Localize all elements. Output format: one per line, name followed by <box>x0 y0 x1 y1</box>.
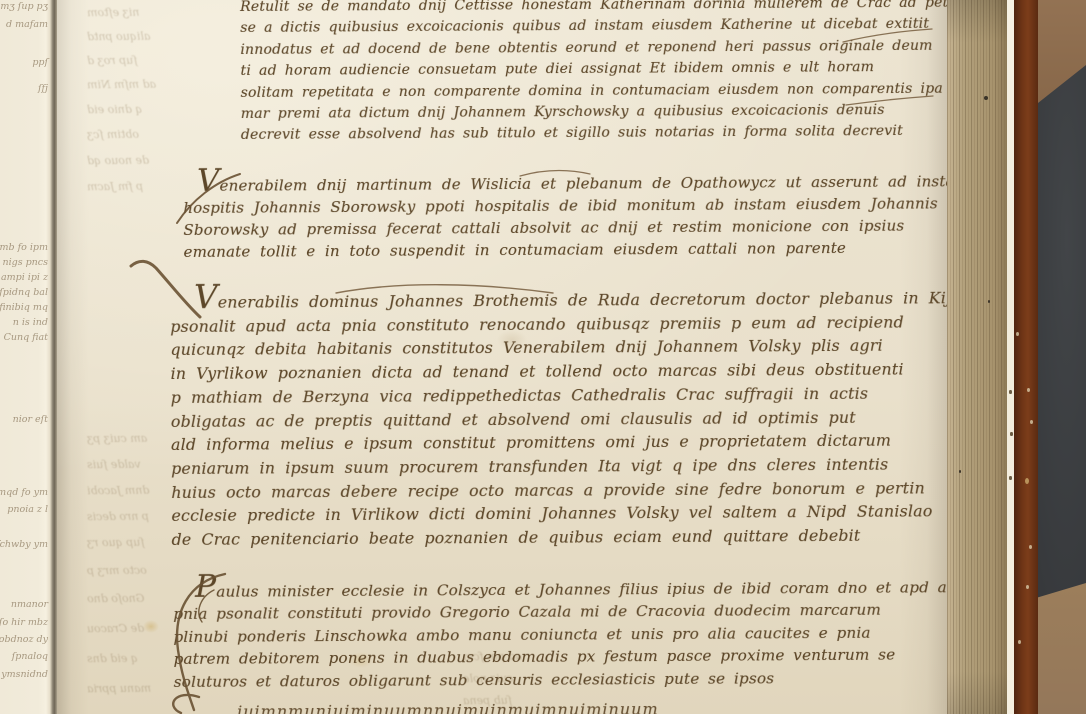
manuscript-line: Venerabilis dominus Johannes Brothemis d… <box>194 281 947 314</box>
previous-page-text-fragment: ſo hir mbz <box>0 618 48 628</box>
show-through-line: p nro decis <box>87 510 149 524</box>
previous-page-text-fragment: de nigs pncs <box>0 258 48 268</box>
edge-chip <box>1009 390 1012 394</box>
leather-chip <box>1025 478 1029 484</box>
cover-board-bottom-tan <box>1038 583 1086 714</box>
show-through-line: Gnoſo dno <box>87 592 145 606</box>
show-through-line: cuiʒ nole <box>463 672 513 685</box>
previous-page-text-fragment: ſfj <box>38 84 48 94</box>
leather-chip <box>1029 545 1032 549</box>
leather-chip <box>1030 420 1033 424</box>
book-fore-edge <box>947 0 1007 714</box>
entry-paragraph-4: Paulus minister ecclesie in Colszyca et … <box>173 571 947 693</box>
show-through-line: ſup roʒ d <box>87 54 137 67</box>
edge-chip <box>1010 432 1013 436</box>
show-through-line: q dnio eid <box>87 103 142 116</box>
show-through-line: ſup quo rʒ <box>87 536 145 550</box>
show-through-line: ad mſm Nim <box>87 78 156 92</box>
show-through-line: dnm Jacobi <box>87 484 149 498</box>
show-through-line: obtim ſcʒ <box>87 128 139 141</box>
manuscript-line: de Crac penitenciario beate poznanien de… <box>171 523 947 552</box>
manuscript-line: patrem debitorem ponens in duabus ebdoma… <box>173 643 947 670</box>
cover-leather-edge <box>1014 0 1038 714</box>
manuscript-line: decrevit esse absolvend has sub titulo e… <box>241 121 947 147</box>
entry-paragraph-3: Venerabilis dominus Johannes Brothemis d… <box>170 281 947 552</box>
show-through-line: p fm Jacm <box>87 180 143 193</box>
edge-chip <box>1009 476 1012 480</box>
previous-page-text-fragment: mʒ ſup pʒ <box>0 2 48 12</box>
show-through-line: ad pm fcm <box>463 650 522 664</box>
previous-page-text-fragment: Cunq fiat <box>4 333 48 343</box>
previous-page-text-fragment: ſpidnq bal <box>0 288 48 298</box>
show-through-line: de Cracou <box>87 622 144 635</box>
entry-paragraph-5-clipped: iuimnmuniuiminuumnnuimuinmuimnuiminuum <box>237 699 659 714</box>
previous-page-text-fragment: pnoia z l <box>7 505 48 515</box>
show-through-line: ſub pena <box>463 694 512 707</box>
fore-edge-speck <box>959 470 961 473</box>
manuscript-line: emanate tollit e in toto suspendit in co… <box>183 236 947 263</box>
fore-edge-speck <box>988 300 990 303</box>
show-through-line: de nouo qd <box>87 154 149 168</box>
show-through-line: am cuiʒ pʒ <box>87 432 147 446</box>
previous-page-text-fragment: ſpnaloq <box>12 652 48 662</box>
cover-background <box>1038 0 1086 714</box>
leather-chip <box>1018 640 1021 644</box>
manuscript-photo: mʒ ſup pʒd mafamppſſfjimb fo ipmde nigs … <box>0 0 1086 714</box>
manuscript-line: iuimnmuniuiminuumnnuimuinmuimnuiminuum <box>237 699 659 714</box>
previous-page-text-fragment: nior eſt <box>13 415 48 425</box>
show-through-line: aliquo pntd <box>87 30 151 44</box>
entry-paragraph-2: Venerabilem dnij martinum de Wislicia et… <box>183 165 947 263</box>
previous-page-text-fragment: mqd fo ym <box>0 488 48 498</box>
show-through-line: manu ppria <box>87 682 151 696</box>
show-through-line: valde ſuis <box>87 458 141 471</box>
previous-page-text-fragment: finibiq mq <box>0 303 48 313</box>
previous-page-text-fragment: n is ind <box>13 318 48 328</box>
previous-page-text-fragment: ſchwby ym <box>0 540 48 550</box>
leather-chip <box>1026 585 1029 589</box>
leather-chip <box>1016 332 1019 336</box>
previous-page-text-fragment: obdnoz dy <box>0 635 48 645</box>
previous-page-text-fragment: imb fo ipm <box>0 243 48 253</box>
previous-page-text-fragment: d mafam <box>6 20 48 30</box>
previous-page-text-fragment: ampi ipi z <box>1 273 48 283</box>
parchment-stain <box>143 620 159 633</box>
entry-paragraph-1: Retulit se de mandato dnij Cettisse hone… <box>240 0 947 147</box>
page-edge-highlight <box>1007 0 1014 714</box>
show-through-line: octo mrʒ p <box>87 564 147 578</box>
show-through-line: niʒ eſtom <box>87 6 139 19</box>
fore-edge-speck <box>984 96 988 100</box>
previous-page-edge: mʒ ſup pʒd mafamppſſfjimb fo ipmde nigs … <box>0 0 57 714</box>
previous-page-text-fragment: ppſ <box>32 58 48 68</box>
leather-chip <box>1027 388 1030 392</box>
manuscript-line: soluturos et daturos obligarunt sub cens… <box>174 666 947 693</box>
previous-page-text-fragment: ymsnidnd <box>1 670 48 680</box>
previous-page-text-fragment: nmanor <box>11 600 48 610</box>
show-through-line: q eid dns <box>87 652 138 665</box>
manuscript-page: Retulit se de mandato dnij Cettisse hone… <box>57 0 947 714</box>
